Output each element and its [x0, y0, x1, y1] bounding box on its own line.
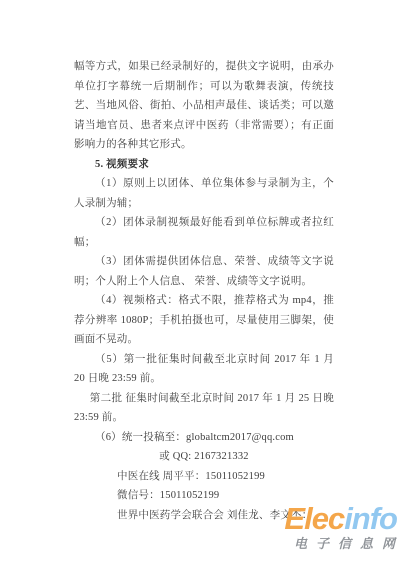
- contact-line-1: 中医在线 周平平：15011052199: [74, 467, 334, 487]
- submission-line: （6）统一投稿至：globaltcm2017@qq.com: [74, 428, 334, 448]
- second-batch-line: 第二批 征集时间截至北京时间 2017 年 1 月 25 日晚 23:59 前。: [74, 389, 334, 428]
- logo-text-info: info: [344, 501, 397, 536]
- requirement-item-3: （3）团体需提供团体信息、荣誉、成绩等文字说明；个人附上个人信息、 荣誉、成绩等…: [74, 252, 334, 291]
- requirement-item-4: （4）视频格式：格式不限，推荐格式为 mp4，推荐分辨率 1080P；手机拍摄也…: [74, 291, 334, 350]
- requirement-item-5: （5）第一批征集时间截至北京时间 2017 年 1 月 20 日晚 23:59 …: [74, 350, 334, 389]
- logo-subtitle: 电子信息网: [284, 537, 400, 550]
- document-text-block: 幅等方式，如果已经录制好的，提供文字说明，由承办单位打字幕统一后期制作；可以为歌…: [74, 57, 334, 525]
- section-heading: 5. 视频要求: [74, 155, 334, 175]
- requirement-item-2: （2）团体录制视频最好能看到单位标牌或者拉红幅；: [74, 213, 334, 252]
- logo-text-elec: Elec: [284, 501, 344, 536]
- requirement-item-1: （1）原则上以团体、单位集体参与录制为主，个人录制为辅；: [74, 174, 334, 213]
- continuation-paragraph: 幅等方式，如果已经录制好的，提供文字说明，由承办单位打字幕统一后期制作；可以为歌…: [74, 57, 334, 155]
- document-scan-page: 幅等方式，如果已经录制好的，提供文字说明，由承办单位打字幕统一后期制作；可以为歌…: [0, 0, 400, 566]
- elecinfo-logo: Elecinfo 电子信息网: [284, 503, 397, 550]
- logo-wordmark: Elecinfo: [284, 503, 397, 534]
- qq-contact-line: 或 QQ: 2167321332: [74, 447, 334, 467]
